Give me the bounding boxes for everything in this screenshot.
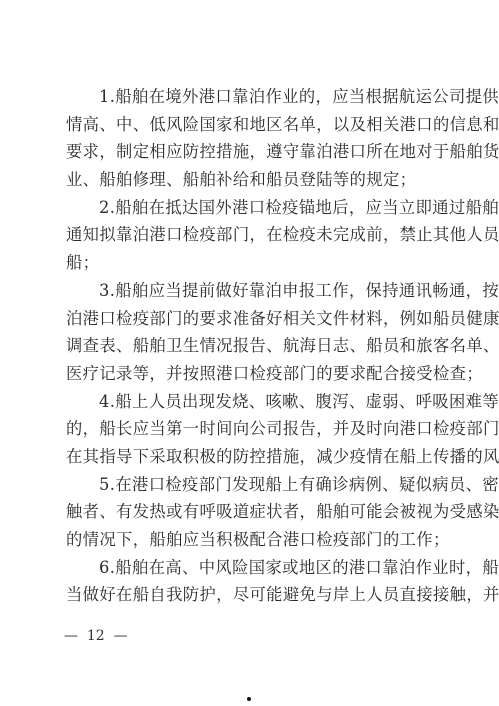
text-line: 6.船舶在高、中风险国家或地区的港口靠泊作业时，船员应 — [66, 554, 434, 582]
page-number: — 12 — — [64, 628, 128, 644]
text-line: 4.船上人员出现发烧、咳嗽、腹泻、虚弱、呼吸困难等症状 — [66, 388, 434, 416]
text-line: 的，船长应当第一时间向公司报告，并及时向港口检疫部门报告， — [66, 415, 434, 443]
text-line: 的情况下，船舶应当积极配合港口检疫部门的工作； — [66, 526, 434, 554]
text-line: 当做好在船自我防护，尽可能避免与岸上人员直接接触，并严格 — [66, 581, 434, 609]
text-line: 5.在港口检疫部门发现船上有确诊病例、疑似病员、密切接 — [66, 471, 434, 499]
text-line: 通知拟靠泊港口检疫部门，在检疫未完成前，禁止其他人员上下 — [66, 221, 434, 249]
text-line: 调查表、船舶卫生情况报告、航海日志、船员和旅客名单、船上 — [66, 332, 434, 360]
body-text: 1.船舶在境外港口靠泊作业的，应当根据航运公司提供的疫情高、中、低风险国家和地区… — [66, 83, 434, 609]
text-line: 医疗记录等，并按照港口检疫部门的要求配合接受检查； — [66, 360, 434, 388]
text-line: 1.船舶在境外港口靠泊作业的，应当根据航运公司提供的疫 — [66, 83, 434, 111]
bullet-dot — [247, 697, 251, 701]
text-line: 情高、中、低风险国家和地区名单，以及相关港口的信息和防控 — [66, 111, 434, 139]
text-line: 船； — [66, 249, 434, 277]
text-line: 3.船舶应当提前做好靠泊申报工作，保持通讯畅通，按拟靠 — [66, 277, 434, 305]
text-line: 在其指导下采取积极的防控措施，减少疫情在船上传播的风险； — [66, 443, 434, 471]
text-line: 触者、有发热或有呼吸道症状者，船舶可能会被视为受感染船舶 — [66, 498, 434, 526]
text-line: 业、船舶修理、船舶补给和船员登陆等的规定； — [66, 166, 434, 194]
text-line: 2.船舶在抵达国外港口检疫锚地后，应当立即通过船舶代理 — [66, 194, 434, 222]
text-line: 泊港口检疫部门的要求准备好相关文件材料，例如船员健康情况 — [66, 305, 434, 333]
document-page: 1.船舶在境外港口靠泊作业的，应当根据航运公司提供的疫情高、中、低风险国家和地区… — [0, 0, 499, 706]
text-line: 要求，制定相应防控措施，遵守靠泊港口所在地对于船舶货物作 — [66, 138, 434, 166]
